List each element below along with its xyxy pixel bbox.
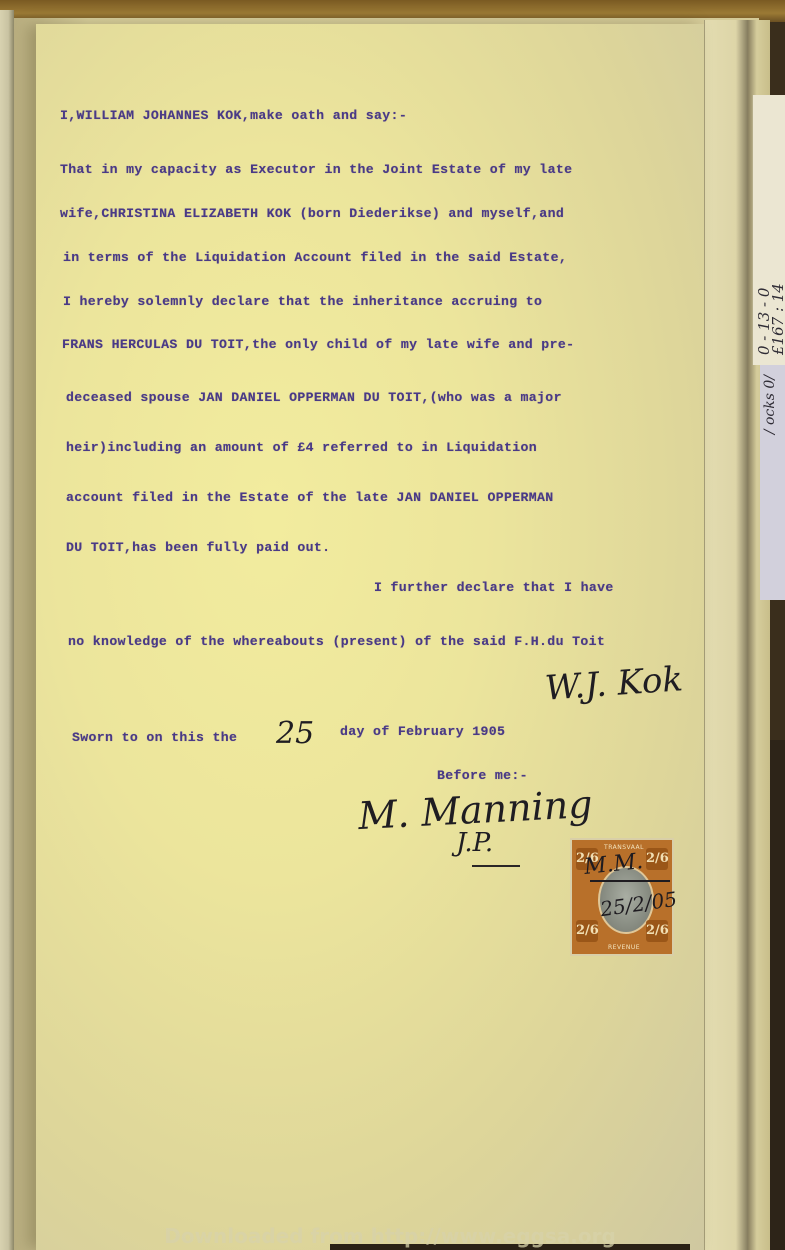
sworn-suffix: day of February 1905	[340, 724, 505, 739]
typed-line: heir)including an amount of £4 referred …	[66, 440, 537, 455]
sworn-prefix: Sworn to on this the	[72, 730, 237, 745]
typed-line: FRANS HERCULAS DU TOIT,the only child of…	[62, 337, 574, 352]
binder-left-edge	[0, 10, 14, 1250]
stamp-cancel-line	[590, 880, 670, 882]
margin-note-amounts: 0 - 13 - 0 £167 : 14	[752, 95, 785, 365]
stamp-bottom-label: REVENUE	[596, 944, 652, 951]
stamp-value-bl: 2/6	[576, 920, 598, 942]
margin-amount-bottom: £167 : 14	[769, 283, 785, 355]
margin-note-lower: / ocks 0/	[760, 365, 785, 600]
revenue-stamp: TRANSVAAL 2/6 2/6 2/6 2/6 REVENUE M.M. 2…	[570, 838, 674, 956]
typed-line: I further declare that I have	[374, 580, 614, 595]
typed-line: DU TOIT,has been fully paid out.	[66, 540, 330, 555]
stamp-value-tr: 2/6	[646, 848, 668, 870]
typed-line: wife,CHRISTINA ELIZABETH KOK (born Diede…	[60, 206, 564, 221]
download-watermark: Downloaded from http://www.eggsa.org	[130, 1224, 650, 1248]
stacked-page-edges	[704, 20, 749, 1250]
typed-line: in terms of the Liquidation Account file…	[63, 250, 567, 265]
background-shadow	[770, 740, 785, 1250]
sworn-day-handwritten: 25	[276, 716, 314, 751]
typed-line: deceased spouse JAN DANIEL OPPERMAN DU T…	[66, 390, 562, 405]
typed-line: I hereby solemnly declare that the inher…	[63, 294, 542, 309]
stamp-value-br: 2/6	[646, 920, 668, 942]
typed-line: I,WILLIAM JOHANNES KOK,make oath and say…	[60, 108, 407, 123]
typed-line: That in my capacity as Executor in the J…	[60, 162, 572, 177]
title-underline	[472, 865, 520, 867]
typed-line: account filed in the Estate of the late …	[66, 490, 554, 505]
official-title: J.P.	[456, 828, 493, 858]
typed-line: no knowledge of the whereabouts (present…	[68, 634, 605, 649]
before-me-label: Before me:-	[437, 768, 528, 783]
margin-note-lower-text: / ocks 0/	[762, 375, 778, 434]
